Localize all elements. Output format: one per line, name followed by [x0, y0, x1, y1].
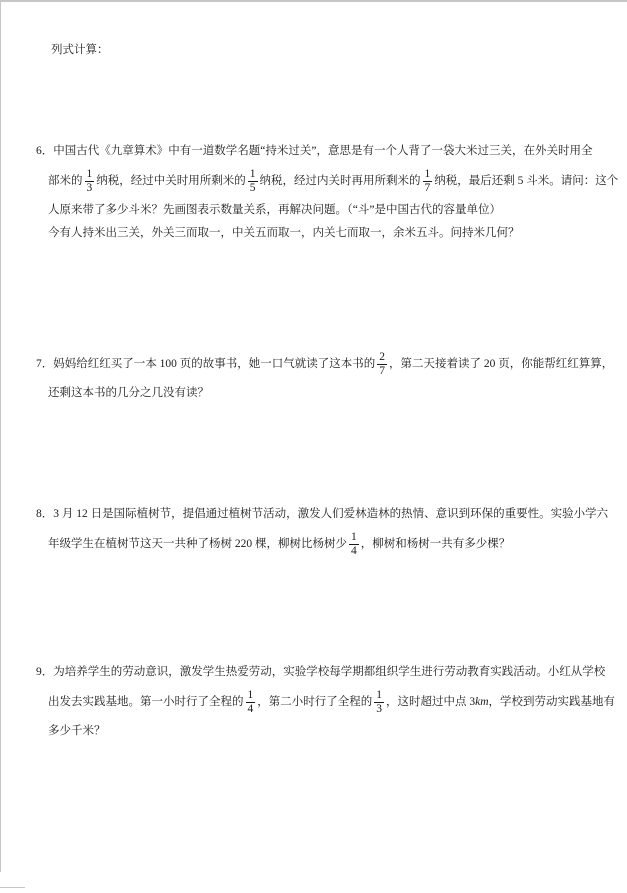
fraction: 14 [246, 689, 256, 716]
problem-line: 还剩这本书的几分之几没有读？ [36, 382, 602, 405]
problems-container: 6．中国古代《九章算术》中有一道数学名题“持米过关”，意思是有一个人背了一袋大米… [0, 0, 627, 893]
fraction: 27 [377, 351, 387, 378]
problem-8: 8．3 月 12 日是国际植树节，提倡通过植树节活动，激发人们爱林造林的热情、意… [36, 503, 602, 562]
fraction-denominator: 4 [246, 703, 256, 716]
fraction-numerator: 1 [246, 689, 256, 703]
problem-line: 人原来带了多少斗米？先画图表示数量关系，再解决问题。（“斗”是中国古代的容量单位… [36, 199, 602, 222]
fraction: 13 [85, 168, 95, 195]
problem-line: 年级学生在植树节这天一共种了杨树 220 棵，柳树比杨树少14，柳树和杨树一共有… [36, 526, 602, 562]
fraction-numerator: 2 [377, 351, 387, 365]
fraction-denominator: 3 [85, 182, 95, 195]
fraction: 13 [374, 689, 384, 716]
fraction: 14 [349, 531, 359, 558]
problem-line: 出发去实践基地。第一小时行了全程的14，第二小时行了全程的13，这时超过中点 3… [36, 684, 602, 720]
problem-number: 9． [36, 661, 53, 684]
problem-number: 7． [36, 346, 53, 382]
fraction-denominator: 3 [374, 703, 384, 716]
problem-line: 多少千米？ [36, 720, 602, 743]
fraction-numerator: 1 [248, 168, 258, 182]
fraction-denominator: 4 [349, 545, 359, 558]
document-page: 列式计算： 6．中国古代《九章算术》中有一道数学名题“持米过关”，意思是有一个人… [0, 0, 627, 893]
problem-7: 7．妈妈给红红买了一本 100 页的故事书，她一口气就读了这本书的27，第二天接… [36, 346, 602, 405]
fraction-numerator: 1 [85, 168, 95, 182]
problem-number: 6． [36, 140, 53, 163]
problem-9: 9．为培养学生的劳动意识，激发学生热爱劳动，实验学校每学期都组织学生进行劳动教育… [36, 661, 602, 743]
fraction-denominator: 7 [377, 365, 387, 378]
fraction-denominator: 5 [248, 182, 258, 195]
fraction-denominator: 7 [423, 182, 433, 195]
problem-line: 6．中国古代《九章算术》中有一道数学名题“持米过关”，意思是有一个人背了一袋大米… [36, 140, 602, 163]
fraction: 17 [423, 168, 433, 195]
problem-line: 8．3 月 12 日是国际植树节，提倡通过植树节活动，激发人们爱林造林的热情、意… [36, 503, 602, 526]
fraction-numerator: 1 [349, 531, 359, 545]
fraction-numerator: 1 [423, 168, 433, 182]
italic-unit: km [475, 696, 488, 708]
problem-line: 今有人持米出三关，外关三而取一，中关五而取一，内关七而取一，余米五斗。问持米几何… [36, 222, 602, 245]
problem-number: 8． [36, 503, 53, 526]
fraction: 15 [248, 168, 258, 195]
problem-line: 部米的13纳税，经过中关时用所剩米的15纳税，经过内关时再用所剩米的17纳税，最… [36, 163, 602, 199]
fraction-numerator: 1 [374, 689, 384, 703]
problem-line: 9．为培养学生的劳动意识，激发学生热爱劳动，实验学校每学期都组织学生进行劳动教育… [36, 661, 602, 684]
problem-line: 7．妈妈给红红买了一本 100 页的故事书，她一口气就读了这本书的27，第二天接… [36, 346, 602, 382]
problem-6: 6．中国古代《九章算术》中有一道数学名题“持米过关”，意思是有一个人背了一袋大米… [36, 140, 602, 245]
